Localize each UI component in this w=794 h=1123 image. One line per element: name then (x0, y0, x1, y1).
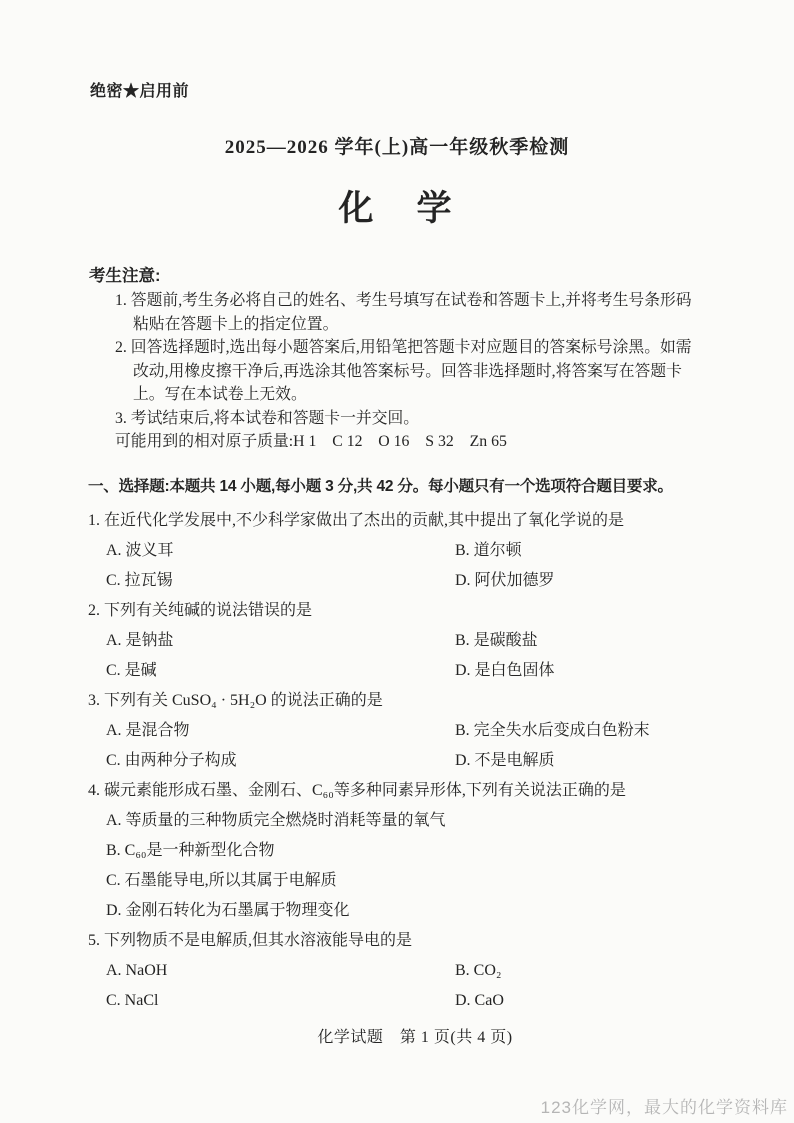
exam-paper-page: 绝密★启用前 2025—2026 学年(上)高一年级秋季检测 化 学 考生注意:… (0, 0, 794, 1123)
section-header: 一、选择题:本题共 14 小题,每小题 3 分,共 42 分。每小题只有一个选项… (88, 474, 673, 496)
question-stem: 3. 下列有关 CuSO₄ · 5H₂O 的说法正确的是 (88, 686, 736, 716)
options-grid: A. NaOH B. CO₂ C. NaCl D. CaO (106, 956, 736, 1016)
options-grid: A. 是混合物 B. 完全失水后变成白色粉末 C. 由两种分子构成 D. 不是电… (106, 716, 736, 776)
notice-item-2: 2. 回答选择题时,选出每小题答案后,用铅笔把答题卡对应题目的答案标号涂黑。如需… (88, 336, 696, 407)
classification-label: 绝密★启用前 (90, 78, 189, 101)
question-block-3: 3. 下列有关 CuSO₄ · 5H₂O 的说法正确的是 A. 是混合物 B. … (88, 686, 736, 776)
option-a: A. 等质量的三种物质完全燃烧时消耗等量的氧气 (106, 806, 736, 836)
option-c: C. 由两种分子构成 (106, 746, 455, 776)
option-a: A. 波义耳 (106, 536, 455, 566)
option-c: C. 石墨能导电,所以其属于电解质 (106, 866, 736, 896)
option-d: D. 是白色固体 (455, 656, 736, 686)
option-b: B. 道尔顿 (455, 536, 736, 566)
option-d: D. CaO (455, 986, 736, 1016)
option-b: B. CO₂ (455, 956, 736, 986)
question-stem: 1. 在近代化学发展中,不少科学家做出了杰出的贡献,其中提出了氧化学说的是 (88, 506, 736, 536)
notice-item-3: 3. 考试结束后,将本试卷和答题卡一并交回。 (88, 407, 696, 431)
notice-list: 1. 答题前,考生务必将自己的姓名、考生号填写在试卷和答题卡上,并将考生号条形码… (88, 289, 696, 454)
option-d: D. 金刚石转化为石墨属于物理变化 (106, 896, 736, 926)
question-stem: 5. 下列物质不是电解质,但其水溶液能导电的是 (88, 926, 736, 956)
options-column: A. 等质量的三种物质完全燃烧时消耗等量的氧气 B. C₆₀是一种新型化合物 C… (106, 806, 736, 926)
subject-title: 化 学 (0, 181, 794, 231)
option-b: B. C₆₀是一种新型化合物 (106, 836, 736, 866)
question-block-4: 4. 碳元素能形成石墨、金刚石、C₆₀等多种同素异形体,下列有关说法正确的是 A… (88, 776, 736, 926)
question-stem: 2. 下列有关纯碱的说法错误的是 (88, 596, 736, 626)
question-stem: 4. 碳元素能形成石墨、金刚石、C₆₀等多种同素异形体,下列有关说法正确的是 (88, 776, 736, 806)
option-b: B. 是碳酸盐 (455, 626, 736, 656)
question-block-2: 2. 下列有关纯碱的说法错误的是 A. 是钠盐 B. 是碳酸盐 C. 是碱 D.… (88, 596, 736, 686)
option-c: C. 是碱 (106, 656, 455, 686)
option-a: A. 是钠盐 (106, 626, 455, 656)
exam-session-title: 2025—2026 学年(上)高一年级秋季检测 (0, 132, 794, 159)
atomic-masses-line: 可能用到的相对原子质量:H 1 C 12 O 16 S 32 Zn 65 (88, 430, 696, 454)
option-a: A. NaOH (106, 956, 455, 986)
option-a: A. 是混合物 (106, 716, 455, 746)
option-c: C. 拉瓦锡 (106, 566, 455, 596)
questions-area: 1. 在近代化学发展中,不少科学家做出了杰出的贡献,其中提出了氧化学说的是 A.… (88, 506, 736, 1016)
option-d: D. 阿伏加德罗 (455, 566, 736, 596)
notice-heading: 考生注意: (89, 262, 161, 286)
watermark: 123化学网，最大的化学资料库 (541, 1093, 788, 1118)
options-grid: A. 波义耳 B. 道尔顿 C. 拉瓦锡 D. 阿伏加德罗 (106, 536, 736, 596)
option-c: C. NaCl (106, 986, 455, 1016)
option-b: B. 完全失水后变成白色粉末 (455, 716, 736, 746)
notice-item-1: 1. 答题前,考生务必将自己的姓名、考生号填写在试卷和答题卡上,并将考生号条形码… (88, 289, 696, 336)
option-d: D. 不是电解质 (455, 746, 736, 776)
options-grid: A. 是钠盐 B. 是碳酸盐 C. 是碱 D. 是白色固体 (106, 626, 736, 686)
question-block-1: 1. 在近代化学发展中,不少科学家做出了杰出的贡献,其中提出了氧化学说的是 A.… (88, 506, 736, 596)
page-footer: 化学试题 第 1 页(共 4 页) (18, 1024, 794, 1047)
question-block-5: 5. 下列物质不是电解质,但其水溶液能导电的是 A. NaOH B. CO₂ C… (88, 926, 736, 1016)
